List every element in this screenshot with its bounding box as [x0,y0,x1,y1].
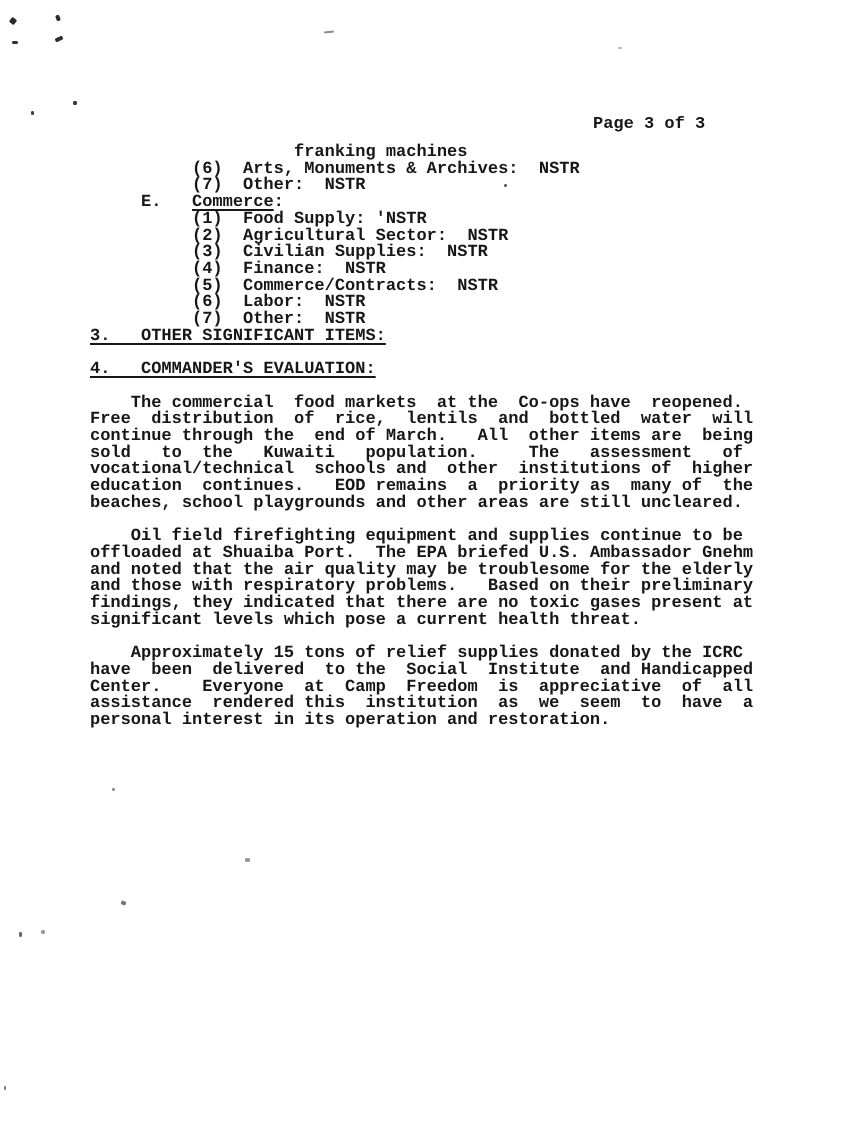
doc-line: 3. OTHER SIGNIFICANT ITEMS: [90,327,386,346]
document-text: franking machines (6) Arts, Monuments & … [90,145,753,730]
scan-speck [9,17,17,25]
doc-line: significant levels which pose a current … [90,611,641,630]
doc-line: personal interest in its operation and r… [90,711,610,730]
scan-speck [40,929,45,934]
scan-speck [4,1086,6,1090]
scan-speck [19,932,22,937]
scan-speck [504,184,507,187]
scan-speck [55,14,61,21]
scan-speck [112,788,115,791]
scan-speck [73,101,77,105]
doc-line: beaches, school playgrounds and other ar… [90,494,743,513]
scan-speck [618,47,622,49]
scan-speck [31,111,34,115]
scan-speck [12,41,18,44]
page-number: Page 3 of 3 [593,116,705,133]
scan-speck [120,900,126,905]
scan-speck [55,35,64,42]
doc-line: 4. COMMANDER'S EVALUATION: [90,360,376,379]
document-page: Page 3 of 3 franking machines (6) Arts, … [0,0,850,1131]
scan-speck [324,31,334,34]
scan-speck [245,858,250,862]
